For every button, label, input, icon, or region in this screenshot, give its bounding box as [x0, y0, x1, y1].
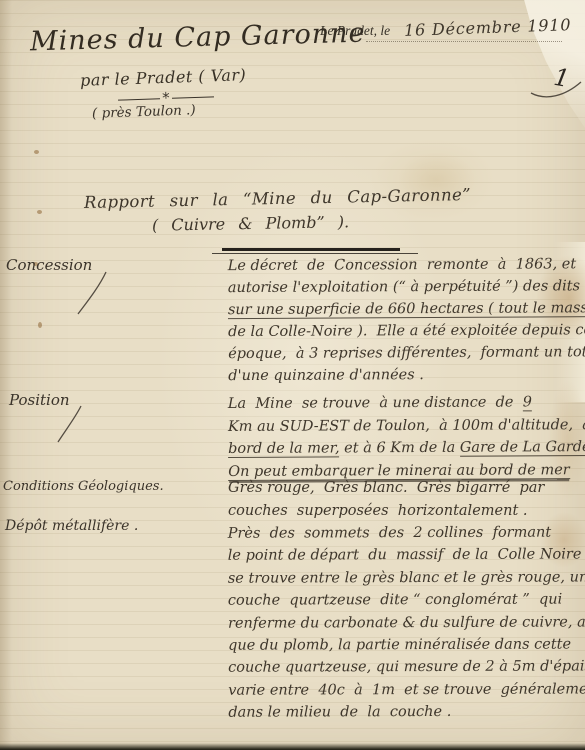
label-flourish-icon [76, 270, 112, 316]
rule-heavy [222, 248, 400, 251]
manuscript-line: sur une superficie de 660 hectares ( tou… [228, 297, 585, 321]
handwritten-text: que du plomb, la partie minéralisée dans… [228, 637, 571, 654]
manuscript-line: bord de la mer, et à 6 Km de la Gare de … [228, 436, 585, 460]
paragraph-metalliferous-deposit: Près des sommets des 2 collines formantl… [228, 521, 585, 724]
manuscript-line: varie entre 40c à 1m et se trouve généra… [228, 678, 585, 702]
manuscript-line: Le décret de Concession remonte à 1863, … [228, 253, 585, 277]
handwritten-text: renferme du carbonate & du sulfure de cu… [228, 614, 585, 631]
letterhead-location: par le Pradet ( Var) [80, 65, 247, 90]
title-underline-rule [212, 248, 418, 254]
handwritten-text: La Mine se trouve à une distance de [228, 394, 523, 412]
report-title-line2: ( Cuivre & Plomb” ). [152, 212, 349, 234]
handwritten-text: dans le milieu de la couche . [228, 704, 451, 721]
underlined-text: 9 [523, 394, 532, 411]
handwritten-text: de la Colle-Noire ). Elle a été exploité… [228, 322, 585, 340]
manuscript-line: couche quartzeuse, qui mesure de 2 à 5m … [228, 656, 585, 680]
manuscript-line: d'une quinzaine d'années . [228, 363, 585, 387]
handwritten-text: se trouve entre le grès blanc et le grès… [228, 569, 585, 586]
manuscript-line: que du plomb, la partie minéralisée dans… [228, 633, 585, 657]
underlined-text: Gare de La Garde. [460, 439, 585, 457]
manuscript-line: le point de départ du massif de la Colle… [228, 544, 585, 568]
fox-spot [34, 150, 39, 154]
handwritten-text: autorise l'exploitation (“ à perpétuité … [228, 278, 585, 296]
handwritten-text: varie entre 40c à 1m et se trouve généra… [228, 681, 585, 698]
asterisk-divider-icon: * [160, 96, 172, 100]
handwritten-text: couche quartzeuse dite “ conglomérat ” q… [228, 592, 562, 609]
manuscript-line: Près des sommets des 2 collines formant [228, 521, 585, 545]
handwritten-text: et à 6 Km de la [340, 440, 460, 457]
manuscript-line: époque, à 3 reprises différentes, forman… [228, 341, 585, 365]
underlined-text: sur une superficie de 660 hectares ( tou… [228, 300, 585, 319]
handwritten-text: couche quartzeuse, qui mesure de 2 à 5m … [228, 659, 585, 676]
divider-line [172, 96, 214, 98]
manuscript-line: Grès rouge, Grès blanc. Grès bigarré par [228, 477, 544, 500]
fox-spot [37, 210, 42, 214]
manuscript-line: La Mine se trouve à une distance de 9 [228, 391, 585, 415]
report-title-line1: Rapport sur la “Mine du Cap-Garonne” [84, 185, 471, 212]
manuscript-line: couche quartzeuse dite “ conglomérat ” q… [228, 589, 585, 613]
fox-spot [38, 322, 42, 328]
manuscript-line: se trouve entre le grès blanc et le grès… [228, 566, 585, 590]
manuscript-line: renferme du carbonate & du sulfure de cu… [228, 611, 585, 635]
page-number: 1 [528, 64, 584, 104]
handwritten-text: Grès rouge, Grès blanc. Grès bigarré par [228, 480, 544, 496]
letterhead-company-name: Mines du Cap Garonne [30, 18, 366, 58]
margin-label-geological-conditions: Conditions Géologiques. [3, 479, 164, 494]
handwritten-text: Près des sommets des 2 collines formant [228, 525, 552, 542]
scanned-letter-page: Mines du Cap Garonne par le Pradet ( Var… [0, 0, 585, 750]
handwritten-text: le point de départ du massif de la Colle… [228, 547, 582, 564]
handwritten-text: Km au SUD-EST de Toulon, à 100m d'altitu… [228, 417, 585, 435]
scan-bottom-edge [0, 743, 585, 750]
paragraph-geological-conditions: Grès rouge, Grès blanc. Grès bigarré par… [228, 477, 544, 522]
paragraph-position: La Mine se trouve à une distance de 9Km … [228, 391, 585, 483]
handwritten-text: époque, à 3 reprises différentes, forman… [228, 344, 585, 362]
manuscript-line: autorise l'exploitation (“ à perpétuité … [228, 275, 585, 299]
paragraph-concession: Le décret de Concession remonte à 1863, … [228, 253, 585, 387]
underlined-text: bord de la mer, [228, 440, 340, 458]
manuscript-line: de la Colle-Noire ). Elle a été exploité… [228, 319, 585, 343]
handwritten-text: d'une quinzaine d'années . [228, 367, 424, 384]
label-flourish-icon [56, 404, 86, 444]
letterhead-near-toulon: ( près Toulon .) [92, 102, 196, 122]
scan-edge-shadow [0, 0, 12, 750]
handwritten-text: Le décret de Concession remonte à 1863, … [228, 256, 577, 274]
manuscript-line: couches superposées horizontalement . [228, 500, 544, 523]
manuscript-line: Km au SUD-EST de Toulon, à 100m d'altitu… [228, 414, 585, 438]
margin-label-metalliferous-deposit: Dépôt métallifère . [5, 518, 138, 534]
letterhead-divider: * [118, 94, 214, 101]
manuscript-line: dans le milieu de la couche . [228, 701, 585, 725]
divider-line [118, 98, 160, 100]
handwritten-text: couches superposées horizontalement . [228, 503, 528, 519]
